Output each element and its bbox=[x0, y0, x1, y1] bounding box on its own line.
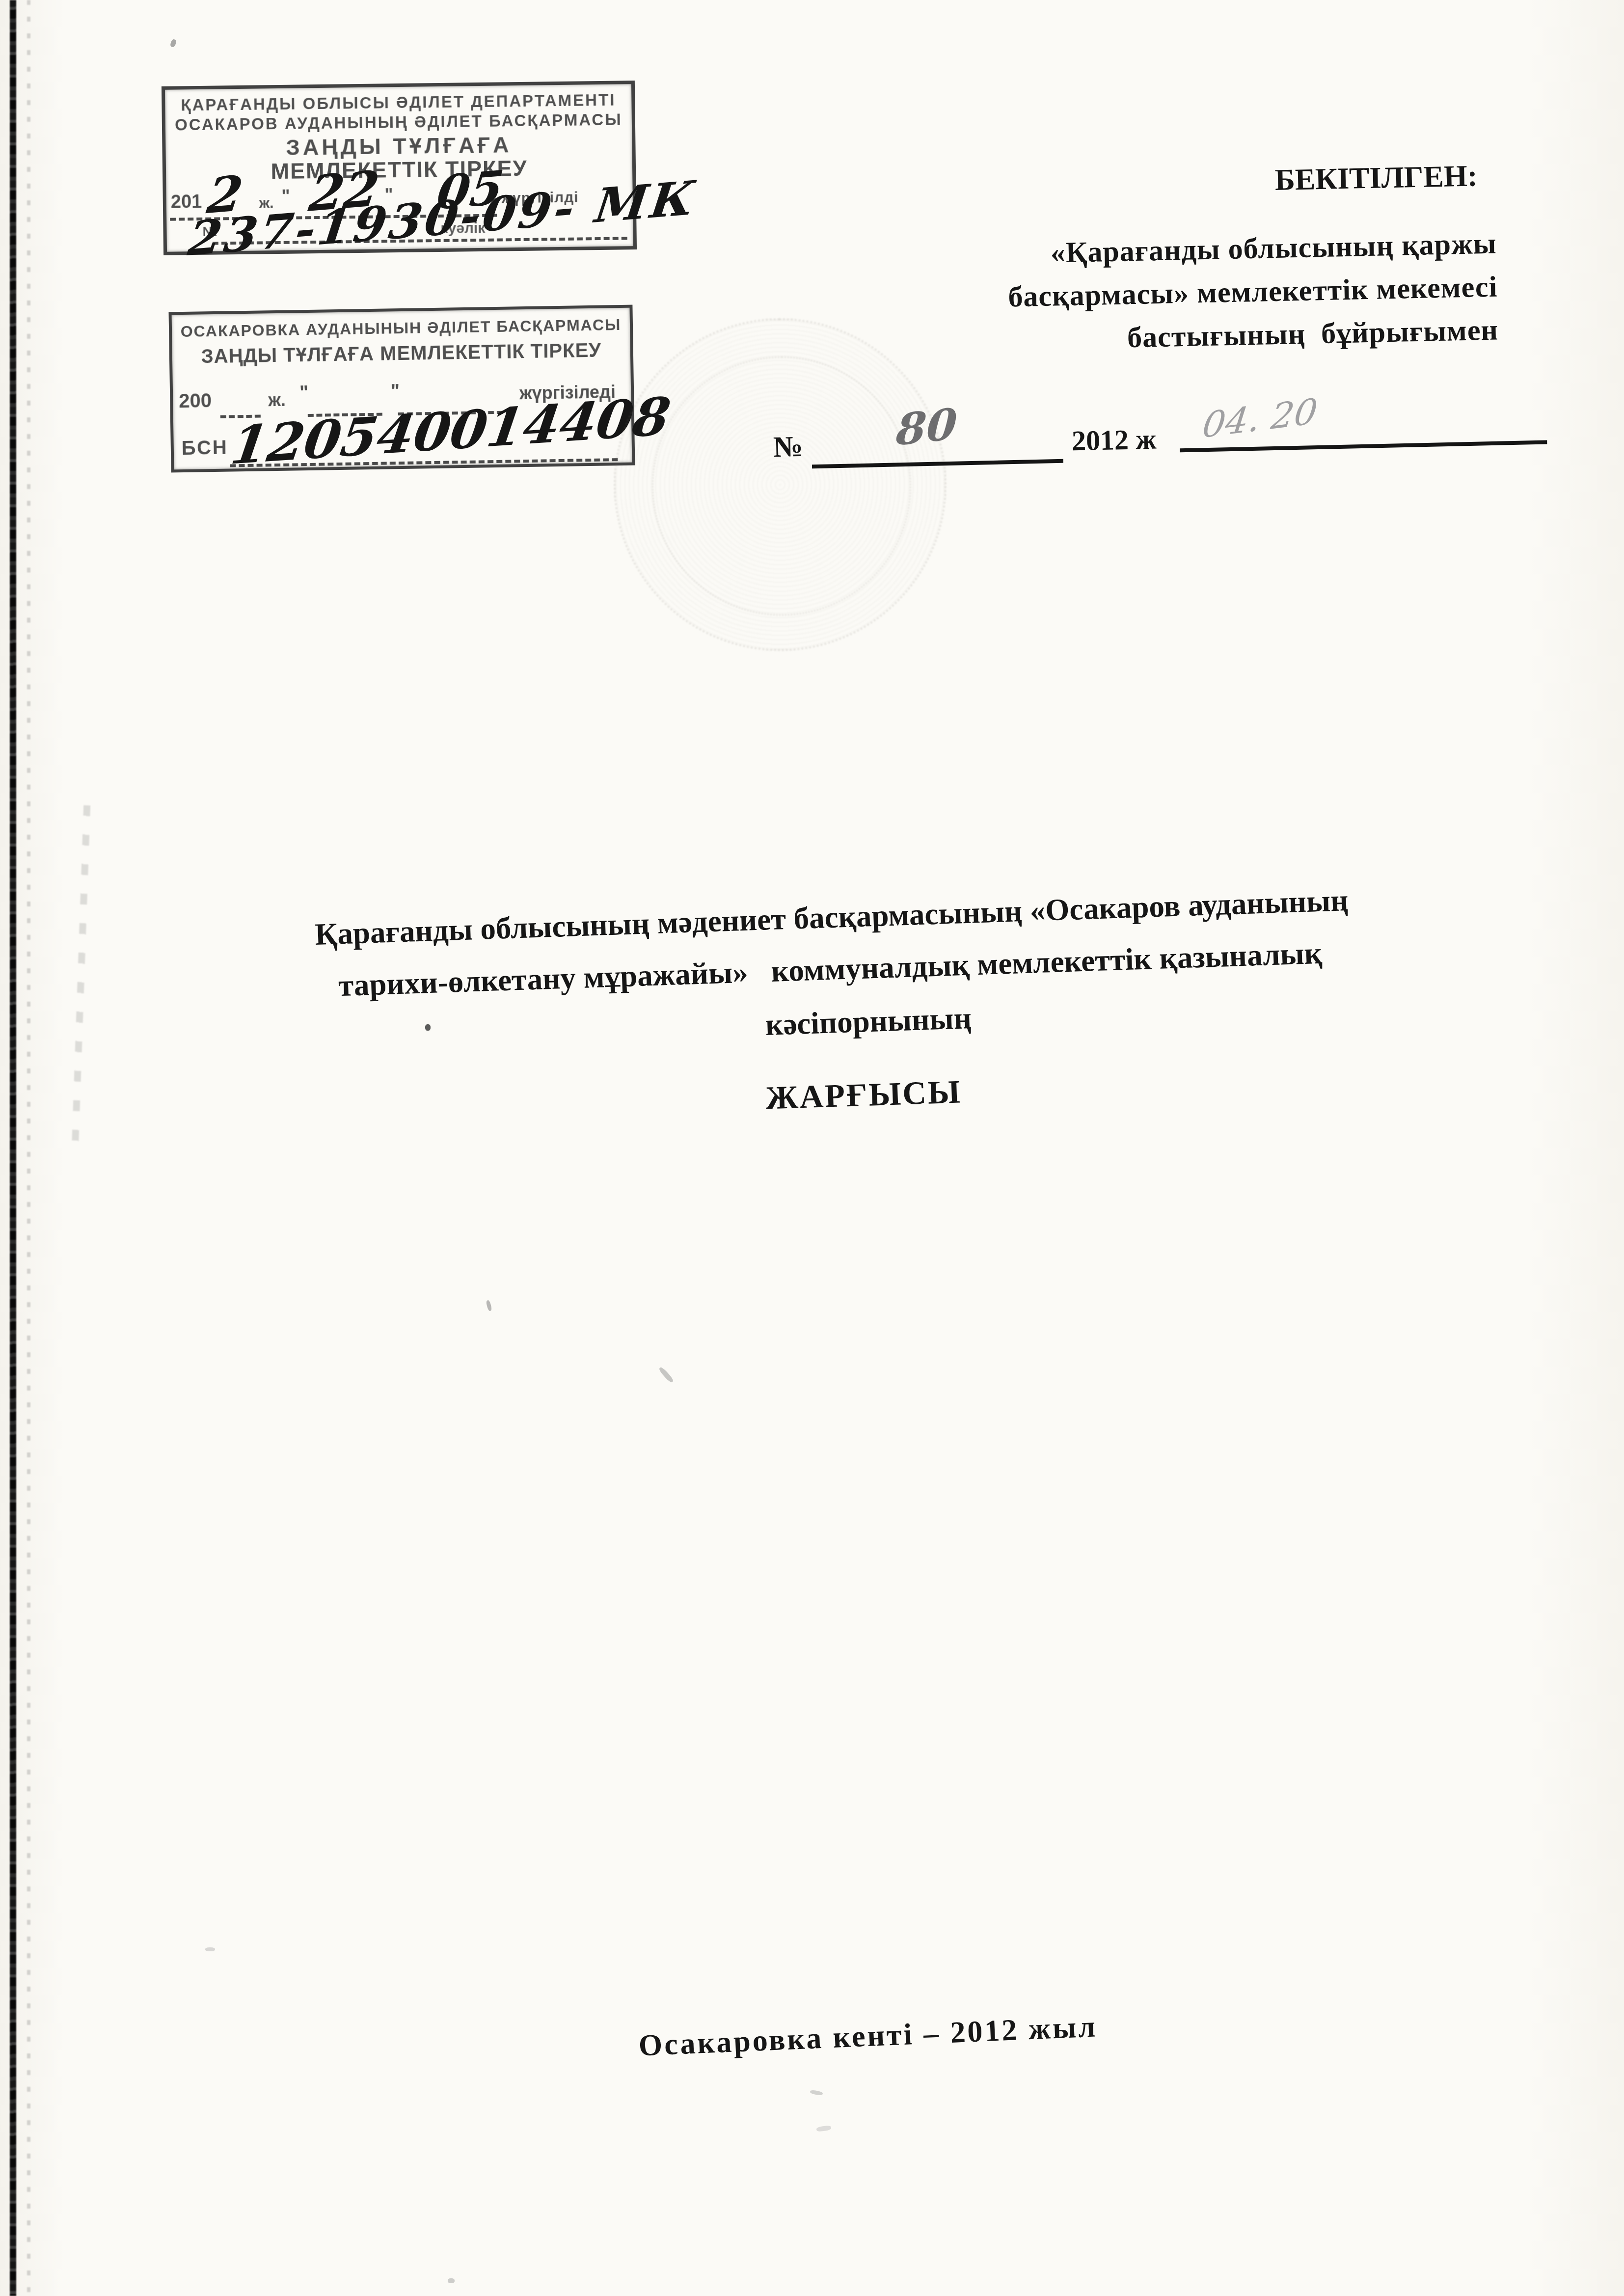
stamp-quote-close: " bbox=[391, 381, 400, 402]
order-date-handwritten: 04. 20 bbox=[1201, 393, 1320, 443]
stamp-bin-label: БСН bbox=[182, 437, 229, 460]
stamp-quote-open: " bbox=[299, 383, 309, 404]
order-year-label: 2012 ж bbox=[1071, 422, 1157, 457]
paper-speck bbox=[170, 39, 177, 48]
approved-heading: БЕКІТІЛГЕН: bbox=[1005, 159, 1478, 203]
order-number-blank-line bbox=[812, 459, 1063, 469]
place-year-footer: Осакаровка кенті – 2012 жыл bbox=[56, 1985, 1624, 2088]
approval-block: БЕКІТІЛГЕН: «Қарағанды облысының қаржы б… bbox=[1005, 159, 1499, 362]
osakarovka-registration-stamp: ОСАКАРОВКА АУДАНЫНЫН ӘДІЛЕТ БАСҚАРМАСЫ З… bbox=[168, 305, 635, 473]
justice-department-registration-stamp: ҚАРАҒАНДЫ ОБЛЫСЫ ӘДІЛЕТ ДЕПАРТАМЕНТІ ОСА… bbox=[162, 81, 637, 255]
stamp-year-prefix: 201 bbox=[171, 191, 202, 213]
paper-speck bbox=[448, 2278, 455, 2283]
paper-speck bbox=[486, 1300, 492, 1311]
scanned-charter-page: ҚАРАҒАНДЫ ОБЛЫСЫ ӘДІЛЕТ ДЕПАРТАМЕНТІ ОСА… bbox=[0, 0, 1624, 2296]
order-date-blank-line bbox=[1180, 440, 1547, 452]
order-number-sign: № bbox=[773, 430, 803, 464]
paper-speck bbox=[205, 1947, 215, 1951]
stamp-year-prefix: 200 bbox=[179, 390, 212, 412]
faint-round-seal bbox=[614, 318, 947, 651]
paper-speck bbox=[658, 1367, 675, 1384]
faint-round-seal-inner-ring bbox=[652, 356, 912, 616]
order-number-handwritten: 80 bbox=[895, 402, 958, 451]
scan-edge-artifact bbox=[10, 0, 16, 2296]
charter-title: ЖАРҒЫСЫ bbox=[52, 1049, 1624, 1141]
scan-streak-artifact bbox=[27, 0, 30, 2296]
stamp-zh-label: ж. bbox=[268, 390, 286, 411]
paper-speck bbox=[810, 2090, 823, 2096]
paper-speck bbox=[816, 2125, 831, 2132]
